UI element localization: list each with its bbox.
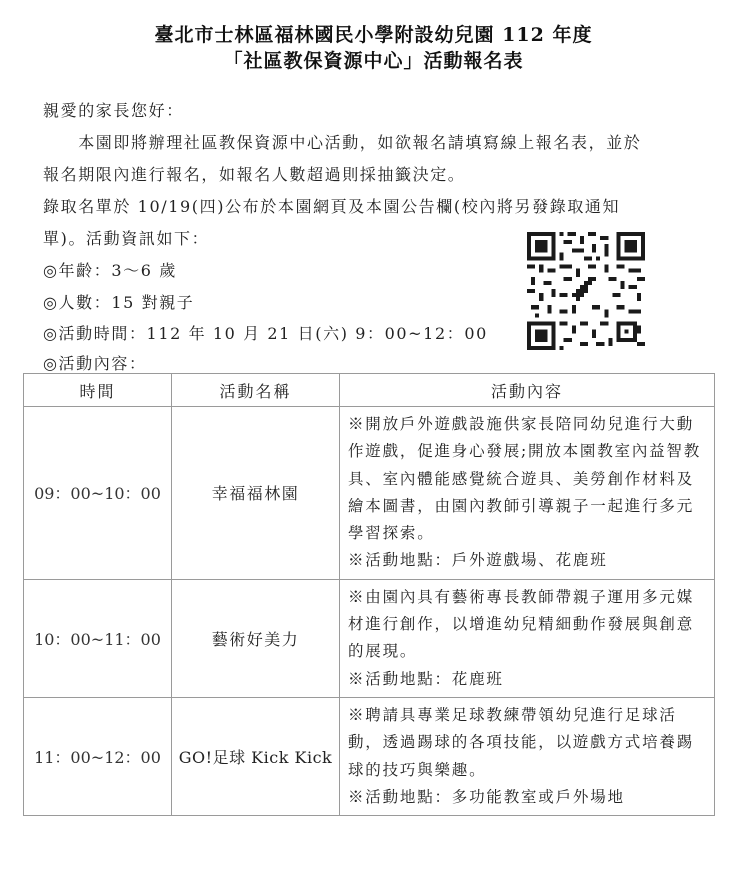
- content-location: ※活動地點：花鹿班: [348, 666, 708, 693]
- content-line: ※由園內具有藝術專長教師帶親子運用多元媒: [348, 584, 708, 611]
- info-content-label: ◎活動內容：: [43, 351, 147, 374]
- header-activity-name: 活動名稱: [172, 374, 340, 407]
- row-activity-content: ※聘請具專業足球教練帶領幼兒進行足球活 動，透過踢球的各項技能，以遊戲方式培養踢…: [340, 697, 715, 815]
- content-line: 學習探索。: [348, 520, 708, 547]
- info-count: ◎人數：15 對親子: [43, 290, 194, 313]
- info-age: ◎年齡：3～6 歲: [43, 258, 177, 281]
- content-line: 球的技巧與樂趣。: [348, 757, 708, 784]
- table-row: 10：00~11：00 藝術好美力 ※由園內具有藝術專長教師帶親子運用多元媒 材…: [24, 579, 715, 697]
- row-time: 09：00~10：00: [24, 407, 172, 580]
- content-line: 動，透過踢球的各項技能，以遊戲方式培養踢: [348, 729, 708, 756]
- activity-schedule-table: 時間 活動名稱 活動內容 09：00~10：00 幸福福林園 ※開放戶外遊戲設施…: [23, 373, 715, 816]
- content-line: 具、室內體能感覺統合遊具、美勞創作材料及: [348, 466, 708, 493]
- document-title-line2: 「社區教保資源中心」活動報名表: [0, 46, 747, 73]
- announcement-line1: 錄取名單於 10/19(四)公布於本園網頁及本園公告欄(校內將另發錄取通知: [43, 194, 620, 217]
- table-row: 09：00~10：00 幸福福林園 ※開放戶外遊戲設施供家長陪同幼兒進行大動 作…: [24, 407, 715, 580]
- content-line: ※聘請具專業足球教練帶領幼兒進行足球活: [348, 702, 708, 729]
- row-activity-content: ※開放戶外遊戲設施供家長陪同幼兒進行大動 作遊戲，促進身心發展;開放本園教室內益…: [340, 407, 715, 580]
- greeting: 親愛的家長您好：: [43, 98, 184, 121]
- document-title-line1: 臺北市士林區福林國民小學附設幼兒園 112 年度: [0, 20, 747, 47]
- row-time: 11：00~12：00: [24, 697, 172, 815]
- content-line: ※開放戶外遊戲設施供家長陪同幼兒進行大動: [348, 411, 708, 438]
- row-time: 10：00~11：00: [24, 579, 172, 697]
- info-time: ◎活動時間：112 年 10 月 21 日(六) 9：00~12：00: [43, 321, 488, 344]
- content-line: 作遊戲，促進身心發展;開放本園教室內益智教: [348, 438, 708, 465]
- row-activity-name: 藝術好美力: [172, 579, 340, 697]
- content-location: ※活動地點：多功能教室或戶外場地: [348, 784, 708, 811]
- header-activity-content: 活動內容: [340, 374, 715, 407]
- header-time: 時間: [24, 374, 172, 407]
- announcement-line2: 單)。活動資訊如下：: [43, 226, 209, 249]
- content-line: 的展現。: [348, 638, 708, 665]
- content-line: 材進行創作，以增進幼兒精細動作發展與創意: [348, 611, 708, 638]
- table-row: 11：00~12：00 GO!足球 Kick Kick ※聘請具專業足球教練帶領…: [24, 697, 715, 815]
- content-location: ※活動地點：戶外遊戲場、花鹿班: [348, 547, 708, 574]
- row-activity-name: GO!足球 Kick Kick: [172, 697, 340, 815]
- row-activity-name: 幸福福林園: [172, 407, 340, 580]
- table-header-row: 時間 活動名稱 活動內容: [24, 374, 715, 407]
- intro-paragraph-line1: 本園即將辦理社區教保資源中心活動，如欲報名請填寫線上報名表，並於: [43, 130, 641, 153]
- qr-code-icon[interactable]: [527, 232, 645, 350]
- intro-paragraph-line2: 報名期限內進行報名，如報名人數超過則採抽籤決定。: [43, 162, 465, 185]
- row-activity-content: ※由園內具有藝術專長教師帶親子運用多元媒 材進行創作，以增進幼兒精細動作發展與創…: [340, 579, 715, 697]
- content-line: 繪本圖書，由園內教師引導親子一起進行多元: [348, 493, 708, 520]
